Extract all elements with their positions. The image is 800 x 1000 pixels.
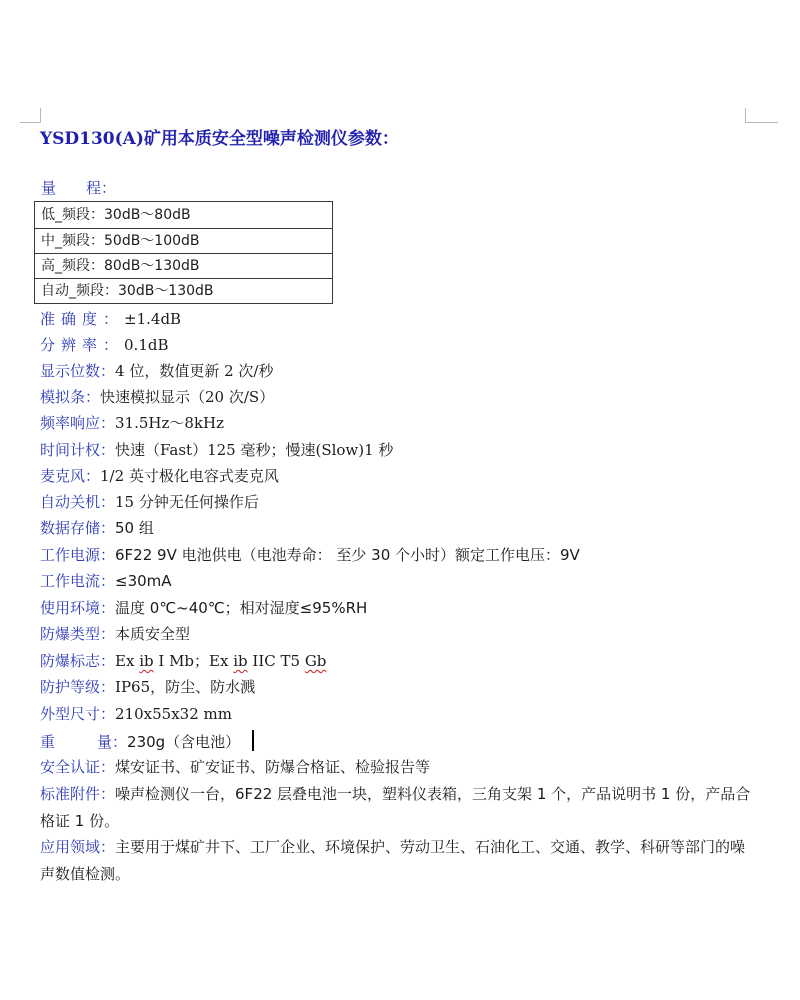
spellcheck-underline-text: ib <box>233 652 247 670</box>
spec-value: 本质安全型 <box>115 625 190 643</box>
spec-label: 防爆类型： <box>40 625 115 643</box>
spec-value: 1/2 英寸极化电容式麦克风 <box>100 467 279 485</box>
spec-applications: 应用领域：主要用于煤矿井下、工厂企业、环境保护、劳动卫生、石油化工、交通、教学、… <box>40 834 760 887</box>
spec-label: 数据存储： <box>40 519 115 537</box>
spec-protection-level: 防护等级：IP65，防尘、防水溅 <box>40 677 255 697</box>
spec-label: 防护等级： <box>40 678 115 696</box>
spec-label: 安全认证： <box>40 758 115 776</box>
spec-power-supply: 工作电源：6F22 9V 电池供电（电池寿命： 至少 30 个小时）额定工作电压… <box>40 545 580 565</box>
spec-value: ±1.4dB <box>124 310 181 328</box>
spec-certification: 安全认证：煤安证书、矿安证书、防爆合格证、检验报告等 <box>40 757 430 777</box>
spec-label: 外型尺寸： <box>40 705 115 723</box>
spec-value: 快速模拟显示（20 次/S） <box>100 388 274 406</box>
spec-label: 模拟条： <box>40 388 100 406</box>
spec-label: 频率响应： <box>40 414 115 432</box>
spec-auto-shutdown: 自动关机：15 分钟无任何操作后 <box>40 492 259 512</box>
page-margin-corner-right <box>745 108 778 123</box>
spec-environment: 使用环境：温度 0℃~40℃；相对湿度≤95%RH <box>40 598 367 618</box>
spec-label: 防爆标志： <box>40 652 115 670</box>
spec-accessories: 标准附件：噪声检测仪一台，6F22 层叠电池一块，塑料仪表箱，三角支架 1 个，… <box>40 781 760 834</box>
spec-label: 麦克风： <box>40 467 100 485</box>
marking-text: I Mb；Ex <box>154 652 234 670</box>
spec-value: 6F22 9V 电池供电（电池寿命： 至少 30 个小时）额定工作电压：9V <box>115 546 580 564</box>
spec-label: 工作电源： <box>40 546 115 564</box>
spec-time-weighting: 时间计权：快速（Fast）125 毫秒；慢速(Slow)1 秒 <box>40 440 393 460</box>
spec-microphone: 麦克风：1/2 英寸极化电容式麦克风 <box>40 466 279 486</box>
spec-label: 自动关机： <box>40 493 115 511</box>
spec-label: 标准附件： <box>40 785 115 803</box>
spec-value: 0.1dB <box>124 336 168 354</box>
spec-value: 210x55x32 mm <box>115 705 232 723</box>
marking-text: Ex <box>115 652 139 670</box>
spec-value: 噪声检测仪一台，6F22 层叠电池一块，塑料仪表箱，三角支架 1 个，产品说明书… <box>40 785 750 830</box>
spec-value: IP65，防尘、防水溅 <box>115 678 255 696</box>
spec-frequency-response: 频率响应：31.5Hz～8kHz <box>40 413 224 433</box>
spec-label: 准确度： <box>40 310 124 328</box>
range-label: 量程： <box>41 177 116 198</box>
range-table: 低_频段：30dB～80dB 中_频段：50dB～100dB 高_频段：80dB… <box>34 201 333 304</box>
table-row: 中_频段：50dB～100dB <box>35 229 333 254</box>
spec-label-part1: 重 <box>40 733 55 751</box>
table-row: 低_频段：30dB～80dB <box>35 202 333 229</box>
spec-display-digits: 显示位数：4 位，数值更新 2 次/秒 <box>40 361 273 381</box>
spec-value: 主要用于煤矿井下、工厂企业、环境保护、劳动卫生、石油化工、交通、教学、科研等部门… <box>40 838 745 883</box>
spec-value: 温度 0℃~40℃；相对湿度≤95%RH <box>115 599 367 617</box>
spec-value: 4 位，数值更新 2 次/秒 <box>115 362 273 380</box>
text-cursor <box>252 730 254 751</box>
spec-value: ≤30mA <box>115 572 172 590</box>
spec-value: 15 分钟无任何操作后 <box>115 493 259 511</box>
spec-label-part2: 量： <box>97 733 127 751</box>
spellcheck-underline-text: ib <box>139 652 153 670</box>
spec-label: 时间计权： <box>40 441 115 459</box>
spec-dimensions: 外型尺寸：210x55x32 mm <box>40 704 232 724</box>
document-title: YSD130(A)矿用本质安全型噪声检测仪参数： <box>40 124 399 149</box>
spec-label: 工作电流： <box>40 572 115 590</box>
spec-analog-bar: 模拟条：快速模拟显示（20 次/S） <box>40 387 274 407</box>
spec-value: 煤安证书、矿安证书、防爆合格证、检验报告等 <box>115 758 430 776</box>
table-row: 自动_频段：30dB～130dB <box>35 279 333 304</box>
spec-label: 应用领域： <box>40 838 115 856</box>
spellcheck-underline-text: Gb <box>305 652 327 670</box>
spec-label: 使用环境： <box>40 599 115 617</box>
table-row: 高_频段：80dB～130dB <box>35 254 333 279</box>
spec-explosion-marking: 防爆标志：Ex ib I Mb；Ex ib IIC T5 Gb <box>40 651 326 671</box>
marking-text: IIC T5 <box>248 652 305 670</box>
spec-value: 快速（Fast）125 毫秒；慢速(Slow)1 秒 <box>115 441 393 459</box>
spec-label: 分辨率： <box>40 336 124 354</box>
spec-resolution: 分辨率：0.1dB <box>40 335 169 355</box>
range-high[interactable]: 高_频段：80dB～130dB <box>35 254 333 279</box>
spec-data-storage: 数据存储：50 组 <box>40 518 154 538</box>
spec-accuracy: 准确度：±1.4dB <box>40 309 181 329</box>
page-margin-corner-left <box>20 108 41 123</box>
spec-weight: 重量：230g（含电池） <box>40 730 254 752</box>
range-low[interactable]: 低_频段：30dB～80dB <box>35 202 333 229</box>
spec-working-current: 工作电流：≤30mA <box>40 571 172 591</box>
spec-label: 显示位数： <box>40 362 115 380</box>
range-label-part2: 程： <box>86 179 116 197</box>
spec-value: 50 组 <box>115 519 154 537</box>
spec-value: Ex ib I Mb；Ex ib IIC T5 Gb <box>115 652 326 670</box>
range-auto[interactable]: 自动_频段：30dB～130dB <box>35 279 333 304</box>
range-label-part1: 量 <box>41 179 56 197</box>
spec-value: 31.5Hz～8kHz <box>115 414 224 432</box>
range-mid[interactable]: 中_频段：50dB～100dB <box>35 229 333 254</box>
spec-explosion-type: 防爆类型：本质安全型 <box>40 624 190 644</box>
spec-value: 230g（含电池） <box>127 733 240 751</box>
